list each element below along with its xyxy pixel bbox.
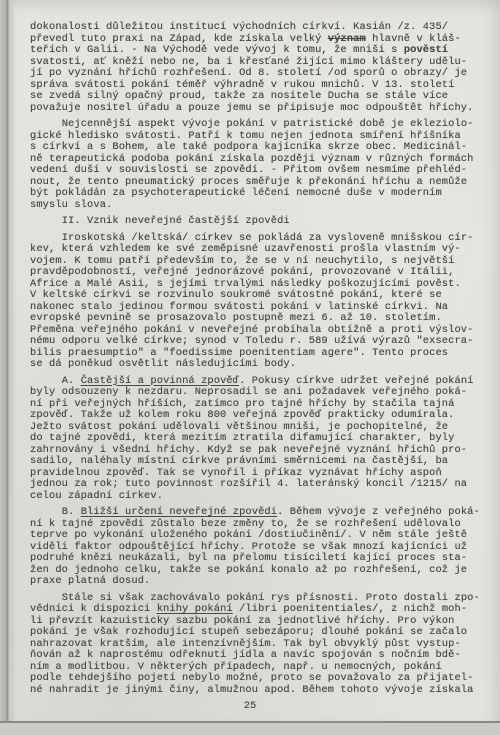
text-run: /libri poenitentiales/, z nichž moh- li … [30,603,473,696]
text-run: Iroskotská /keltská/ církev se pokládá z… [30,232,474,371]
text-run: A. [30,375,81,387]
paragraph-1: dokonalosti důležitou institucí východní… [30,22,484,114]
paragraph-a: A. Častější a povinná zpověď. Pokusy cír… [30,376,484,503]
text-run: II. Vznik neveřejné častější zpovědi [30,215,290,227]
underlined-phrase: Častější a povinná zpověď [81,375,239,387]
text-run: Nejcennější aspekt vývoje pokání v patri… [30,118,474,211]
page-text: dokonalosti důležitou institucí východní… [30,22,484,701]
paragraph-4: Stále si však zachovávalo pokání rys pří… [30,593,484,697]
paragraph-b: B. Bližší určení neveřejné zpovědi. Běhe… [30,507,484,588]
text-run: . Během vývoje z veřejného poká- ní k ta… [30,506,480,587]
underlined-phrase: knihy pokání [157,603,233,615]
bold-word: pověstí [404,44,448,56]
text-run: svatosti, ať kněží nebo ne, ba i křesťan… [30,56,473,114]
scanned-document-page: dokonalosti důležitou institucí východní… [0,0,500,735]
struck-word: význam [328,33,366,45]
section-heading: II. Vznik neveřejné častější zpovědi [30,216,484,228]
text-run: B. [30,506,81,518]
text-run: . Pokusy církve udržet veřejné pokání by… [30,375,474,502]
paragraph-3: Iroskotská /keltská/ církev se pokládá z… [30,233,484,371]
page-bottom-edge [0,721,500,735]
underlined-phrase: Bližší určení neveřejné zpovědi [81,506,277,518]
paragraph-2: Nejcennější aspekt vývoje pokání v patri… [30,119,484,211]
binding-shadow [0,0,16,735]
page-number: 25 [0,700,500,712]
